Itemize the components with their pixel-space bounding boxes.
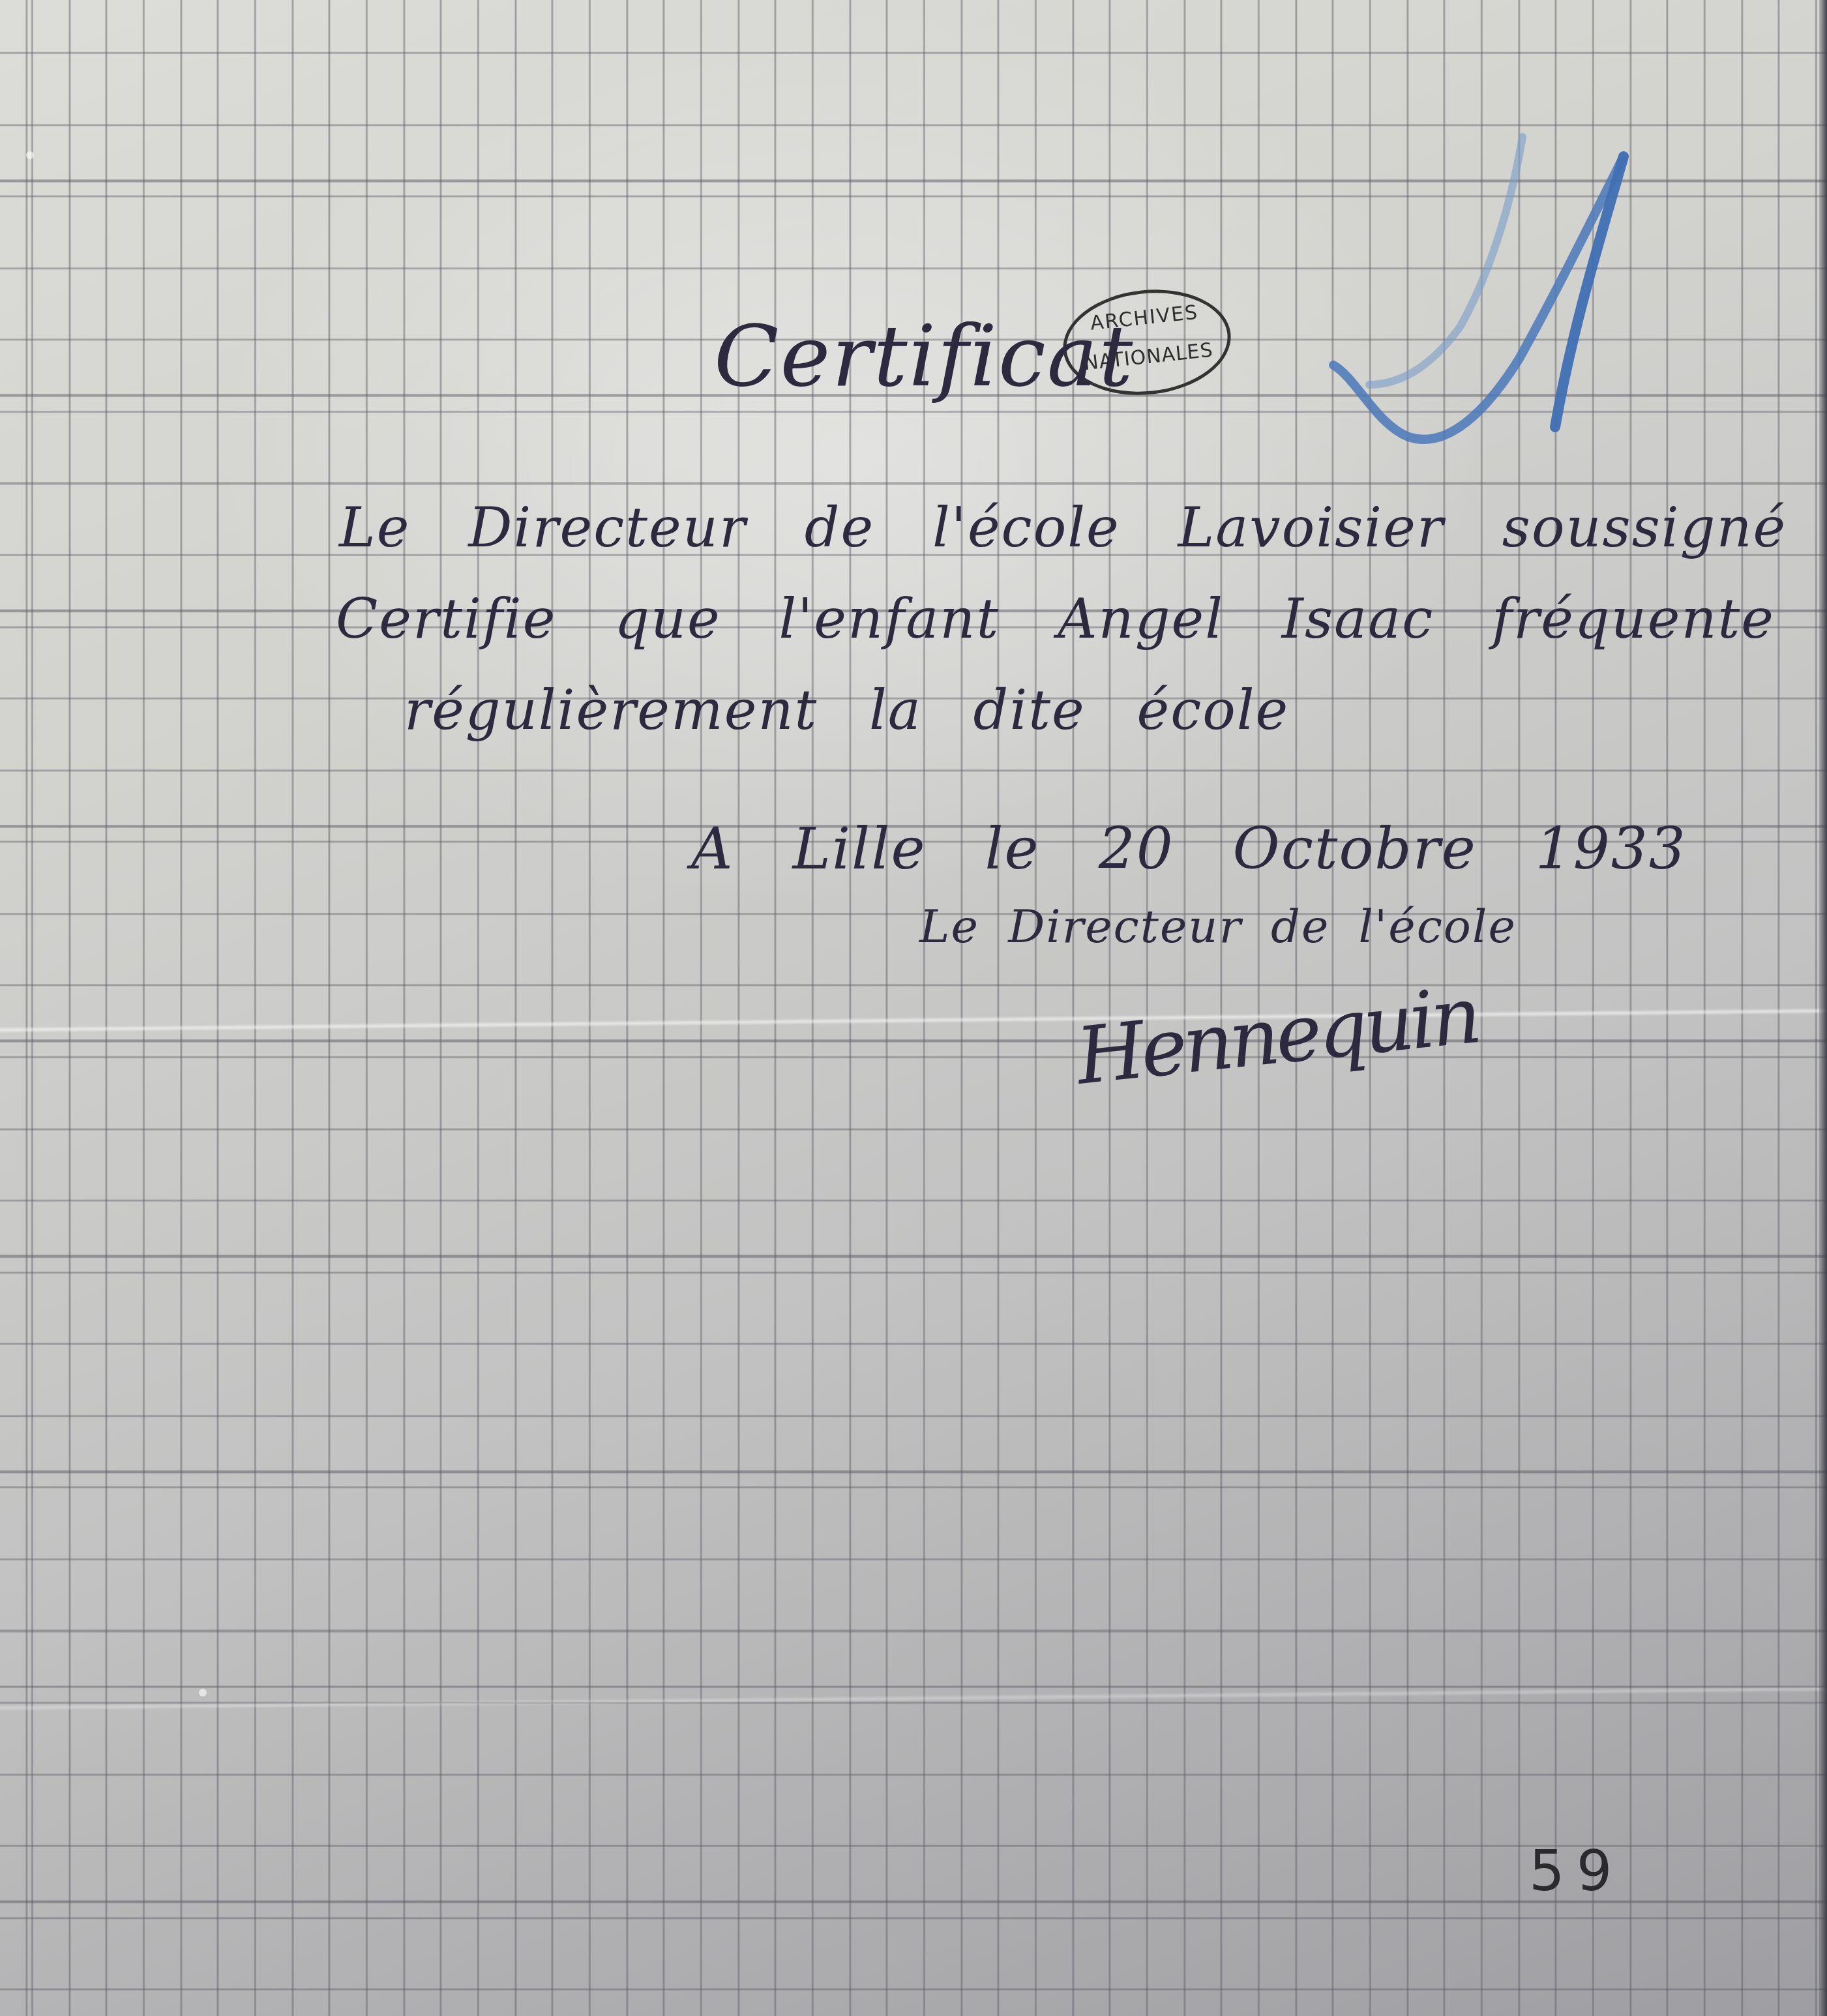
paper-edge-shadow — [1819, 0, 1827, 2016]
place-and-date: A Lille le 20 Octobre 1933 — [691, 815, 1687, 882]
certificate-title: Certificat — [714, 306, 1135, 406]
body-line-3: régulièrement la dite école — [404, 678, 1289, 742]
folio-number: 59 — [1529, 1839, 1624, 1904]
paper-sheet: ARCHIVES NATIONALES Certificat Le Direct… — [0, 0, 1827, 2016]
punch-mark — [199, 1689, 207, 1697]
body-line-2: Certifie que l'enfant Angel Isaac fréque… — [336, 587, 1775, 651]
signatory-title: Le Directeur de l'école — [919, 900, 1517, 953]
punch-mark — [26, 151, 34, 159]
body-line-1: Le Directeur de l'école Lavoisier soussi… — [339, 496, 1787, 559]
blue-pencil-annotation-icon — [1298, 117, 1663, 456]
